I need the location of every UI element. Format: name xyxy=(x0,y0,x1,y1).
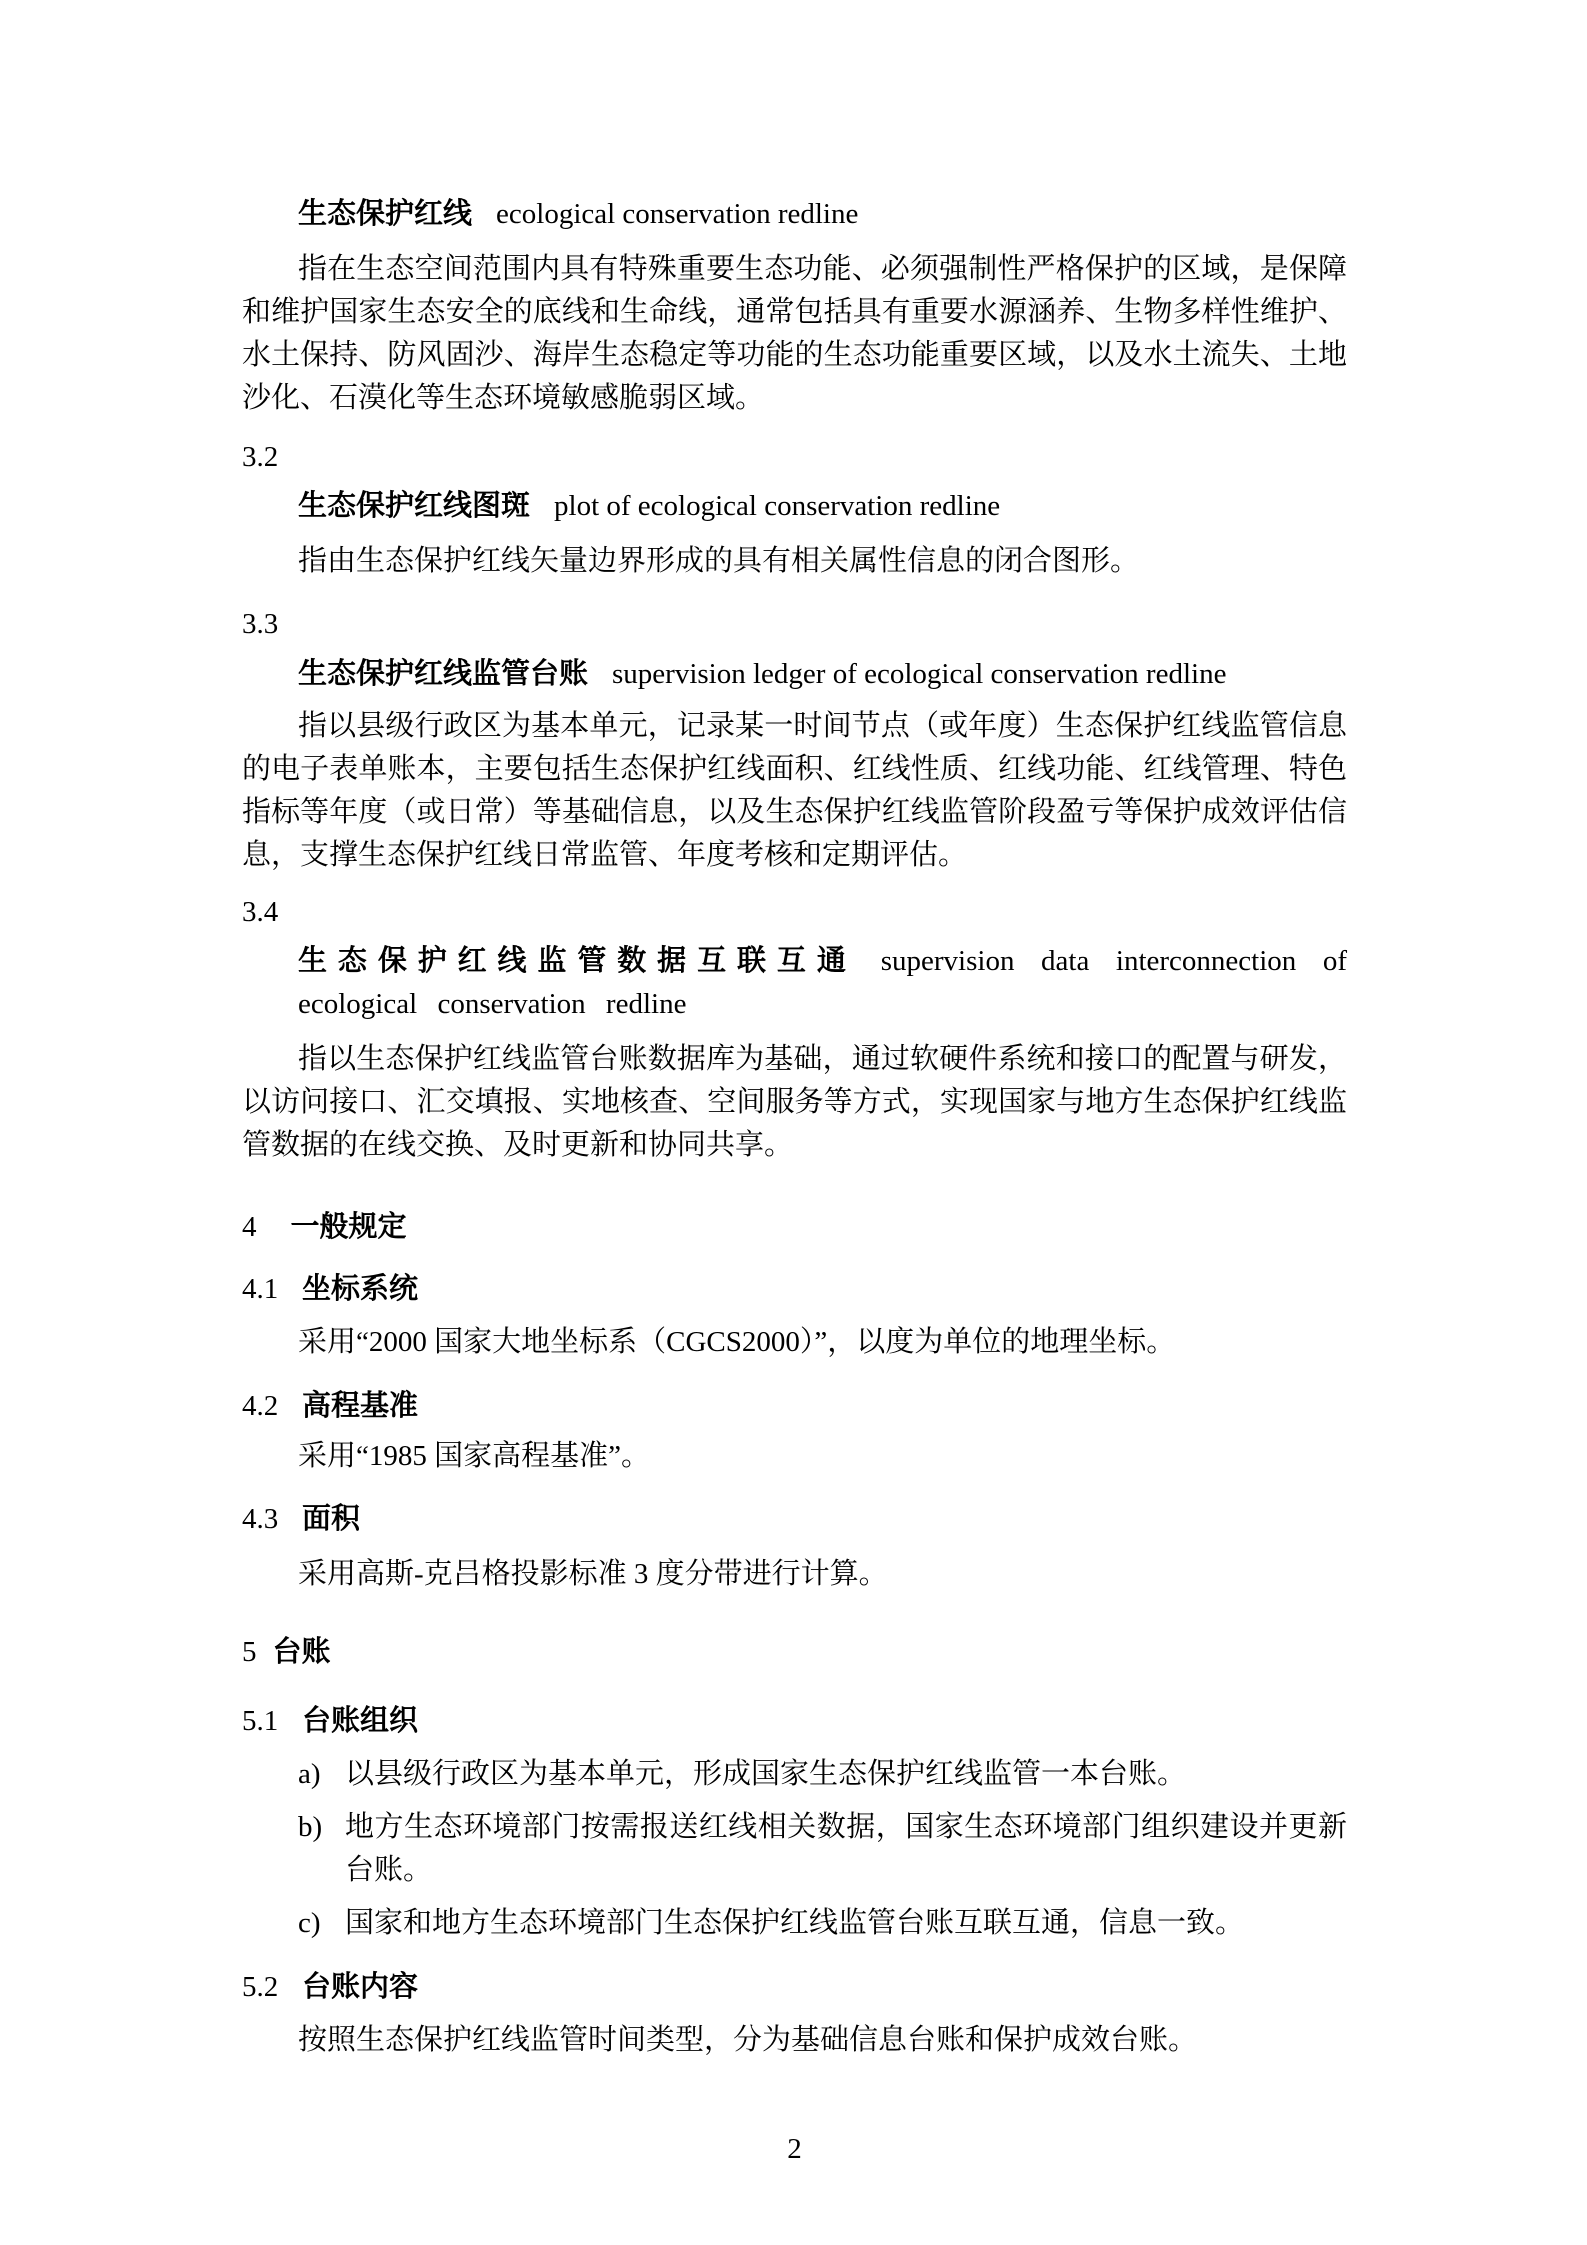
term-definition: 指由生态保护红线矢量边界形成的具有相关属性信息的闭合图形。 xyxy=(242,540,1347,583)
section-heading: 5.1台账组织 xyxy=(242,1700,1347,1743)
section-title: 台账内容 xyxy=(302,1971,418,2003)
chapter-number: 5 xyxy=(242,1631,257,1674)
term-zh: 生态保护红线监管数据互联互通 xyxy=(298,945,857,977)
page-number: 2 xyxy=(242,2128,1347,2171)
term-zh: 生态保护红线图斑 xyxy=(298,490,530,522)
section-number: 4.2 xyxy=(242,1385,302,1428)
term-definition: 指以生态保护红线监管台账数据库为基础，通过软硬件系统和接口的配置与研发，以访问接… xyxy=(242,1038,1347,1167)
section-number: 4.1 xyxy=(242,1268,302,1311)
term-heading: 生态保护红线图斑plot of ecological conservation … xyxy=(298,485,1347,528)
section-number: 5.2 xyxy=(242,1966,302,2009)
list-label: c) xyxy=(298,1902,345,1945)
term-zh: 生态保护红线 xyxy=(298,198,472,230)
section-title: 高程基准 xyxy=(302,1390,418,1422)
list-label: a) xyxy=(298,1753,345,1796)
chapter-number: 4 xyxy=(242,1206,257,1249)
list-item: a) 以县级行政区为基本单元，形成国家生态保护红线监管一本台账。 xyxy=(298,1753,1347,1796)
chapter-heading: 5台账 xyxy=(242,1631,1347,1674)
list-text: 地方生态环境部门按需报送红线相关数据，国家生态环境部门组织建设并更新台账。 xyxy=(345,1806,1347,1892)
section-heading: 4.1坐标系统 xyxy=(242,1268,1347,1311)
section-number: 5.1 xyxy=(242,1700,302,1743)
term-en: plot of ecological conservation redline xyxy=(554,490,1000,522)
section-heading: 4.2高程基准 xyxy=(242,1385,1347,1428)
section-body: 采用“2000 国家大地坐标系（CGCS2000）”，以度为单位的地理坐标。 xyxy=(242,1321,1347,1364)
section-body: 采用高斯-克吕格投影标准 3 度分带进行计算。 xyxy=(242,1553,1347,1596)
term-en: ecological conservation redline xyxy=(496,198,858,230)
clause-number: 3.3 xyxy=(242,603,1347,646)
section-heading: 5.2台账内容 xyxy=(242,1966,1347,2009)
chapter-title: 台账 xyxy=(273,1636,331,1668)
chapter-heading: 4一般规定 xyxy=(242,1206,1347,1249)
list-text: 国家和地方生态环境部门生态保护红线监管台账互联互通，信息一致。 xyxy=(345,1902,1347,1945)
term-definition: 指以县级行政区为基本单元，记录某一时间节点（或年度）生态保护红线监管信息的电子表… xyxy=(242,705,1347,877)
ordered-list: a) 以县级行政区为基本单元，形成国家生态保护红线监管一本台账。 b) 地方生态… xyxy=(242,1753,1347,1945)
section-number: 4.3 xyxy=(242,1498,302,1541)
section-title: 面积 xyxy=(302,1503,360,1535)
clause-number: 3.4 xyxy=(242,891,1347,934)
list-item: b) 地方生态环境部门按需报送红线相关数据，国家生态环境部门组织建设并更新台账。 xyxy=(298,1806,1347,1892)
section-body: 按照生态保护红线监管时间类型，分为基础信息台账和保护成效台账。 xyxy=(242,2019,1347,2062)
term-zh: 生态保护红线监管台账 xyxy=(298,658,588,690)
section-body: 采用“1985 国家高程基准”。 xyxy=(242,1435,1347,1478)
term-en: supervision ledger of ecological conserv… xyxy=(612,658,1226,690)
section-heading: 4.3面积 xyxy=(242,1498,1347,1541)
term-heading: 生态保护红线ecological conservation redline xyxy=(298,193,1347,236)
clause-number: 3.2 xyxy=(242,436,1347,479)
document-page: 生态保护红线ecological conservation redline 指在… xyxy=(0,0,1587,2245)
term-heading: 生态保护红线监管数据互联互通supervision data interconn… xyxy=(298,940,1347,1026)
section-title: 台账组织 xyxy=(302,1705,418,1737)
list-label: b) xyxy=(298,1806,345,1892)
chapter-title: 一般规定 xyxy=(291,1211,407,1243)
term-definition: 指在生态空间范围内具有特殊重要生态功能、必须强制性严格保护的区域，是保障和维护国… xyxy=(242,248,1347,420)
list-item: c) 国家和地方生态环境部门生态保护红线监管台账互联互通，信息一致。 xyxy=(298,1902,1347,1945)
section-title: 坐标系统 xyxy=(302,1273,418,1305)
list-text: 以县级行政区为基本单元，形成国家生态保护红线监管一本台账。 xyxy=(345,1753,1347,1796)
term-heading: 生态保护红线监管台账supervision ledger of ecologic… xyxy=(298,653,1347,696)
